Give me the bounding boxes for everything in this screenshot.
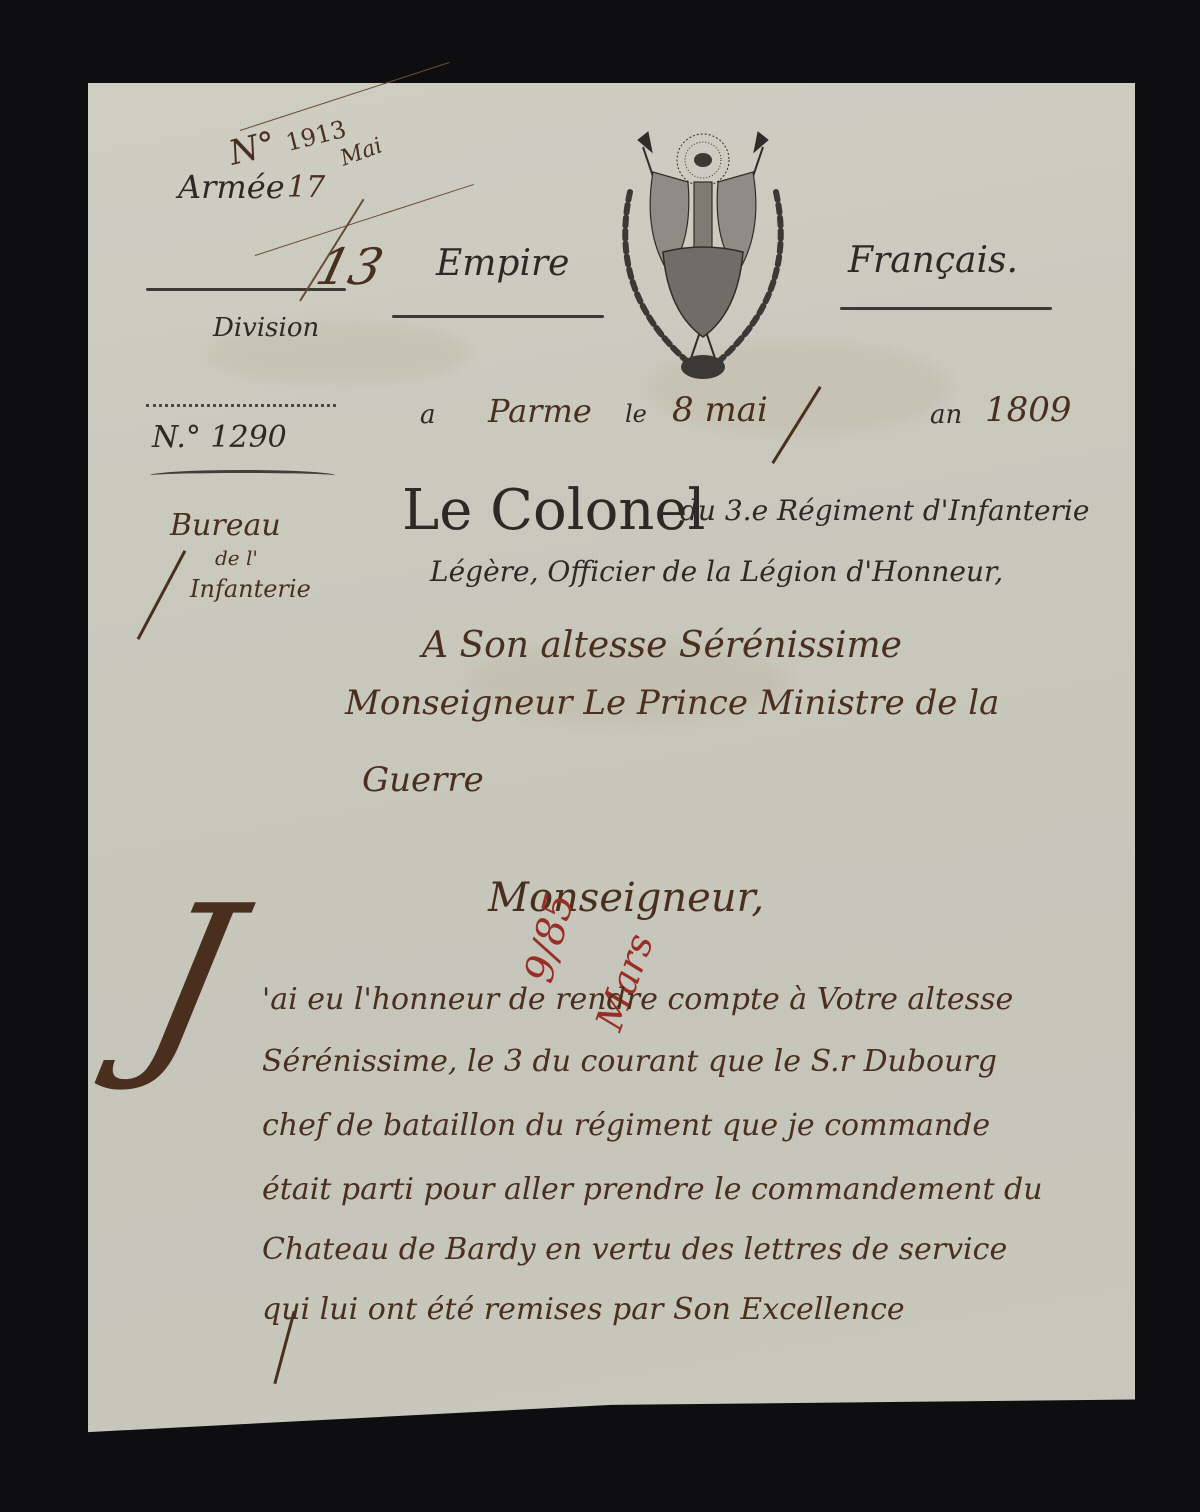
margin-ref-number: N.° 1290 [152,420,287,455]
dateline-day-month: 8 mai [672,390,768,430]
sender-title: Le Colonel [402,478,705,543]
dateline-le: le [625,400,647,428]
salutation: Monseigneur, [488,875,764,921]
sender-title-rest: du 3.e Régiment d'Infanterie [680,494,1089,527]
margin-infanterie: Infanterie [190,575,311,603]
body-line: Chateau de Bardy en vertu des lettres de… [262,1232,1007,1267]
armee-label: Armée [178,168,285,206]
imperial-trophy-emblem-icon [608,122,798,387]
letterhead-francais: Français. [848,240,1018,281]
margin-dotted-rule [146,404,336,407]
body-line: qui lui ont été remises par Son Excellen… [262,1292,905,1327]
body-line: 'ai eu l'honneur de rendre compte à Votr… [262,982,1013,1017]
body-line: était parti pour aller prendre le comman… [262,1172,1043,1207]
dateline-prefix: a [420,400,436,430]
letterhead-rule-left [392,315,604,318]
division-label: Division [213,313,319,343]
letterhead-empire: Empire [436,243,570,284]
addressee-line2: Monseigneur Le Prince Ministre de la [345,683,999,723]
dateline-year: 1809 [985,390,1072,430]
addressee-line3: Guerre [362,760,484,800]
body-line: Sérénissime, le 3 du courant que le S.r … [262,1044,997,1079]
dateline-an: an [930,400,962,430]
addressee-line1: A Son altesse Sérénissime [422,625,902,666]
dateline-place: Parme [488,392,592,430]
armee-value: 17 [287,170,325,205]
sender-line2: Légère, Officier de la Légion d'Honneur, [430,555,1003,588]
margin-bureau: Bureau [170,508,281,543]
letterhead-rule-right [840,307,1052,310]
margin-bureau-de: de l' [215,546,258,570]
header-rule [146,288,346,291]
body-line: chef de bataillon du régiment que je com… [262,1108,990,1143]
margin-flourish [150,470,335,481]
